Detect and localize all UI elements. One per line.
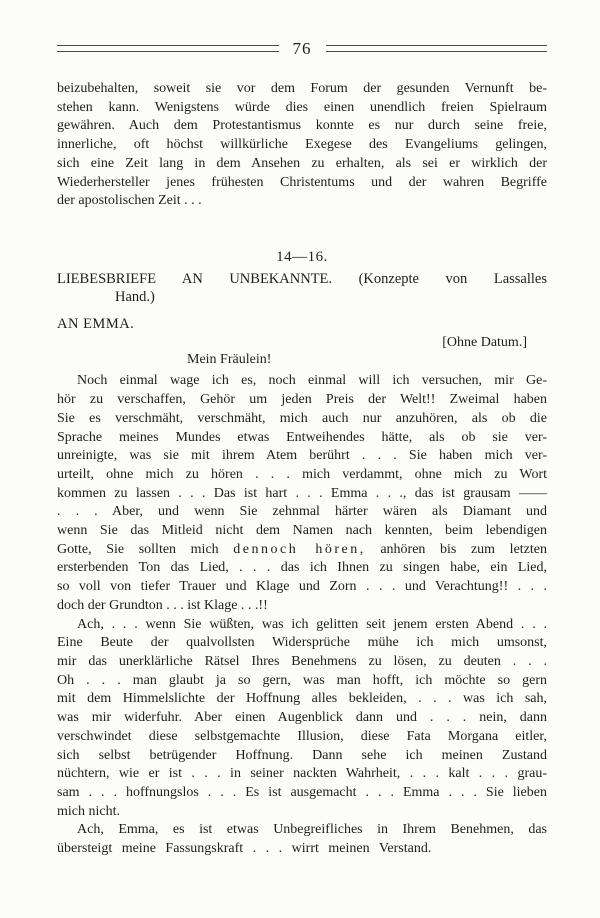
text-line: gewähren. Auch dem Protestantismus konnt… xyxy=(57,117,547,136)
text-line: mir das unerklärliche Rätsel Ihres Beneh… xyxy=(57,653,547,672)
header-rule-right xyxy=(326,45,548,52)
text-line: was mir widerfuhr. Aber einen Augenblick… xyxy=(57,709,547,728)
text-line: Sprache meines Mundes etwas Entweihendes… xyxy=(57,429,547,448)
text-block: 76 beizubehalten, soweit sie vor dem For… xyxy=(57,0,547,859)
text-line: doch der Grundton . . . ist Klage . . .!… xyxy=(57,597,547,616)
text-line: Oh . . . man glaubt ja so gern, was man … xyxy=(57,672,547,691)
text-line-emphasized: Gotte, Sie sollten mich dennoch hören, a… xyxy=(57,541,547,560)
text-line: mit dem Himmelslichte der Hoffnung alles… xyxy=(57,690,547,709)
letter-paragraph-1: Noch einmal wage ich es, noch einmal wil… xyxy=(57,372,547,615)
text-line: beizubehalten, soweit sie vor dem Forum … xyxy=(57,80,547,99)
section-number: 14—16. xyxy=(57,248,547,267)
text-line: unreinigte, was sie mit ihrem Atem berüh… xyxy=(57,447,547,466)
text-line: der apostolischen Zeit . . . xyxy=(57,192,547,211)
text-line: ersterbenden Ton das Lied, . . . das ich… xyxy=(57,559,547,578)
text-line: innerliche, oft höchst willkürliche Exeg… xyxy=(57,136,547,155)
text-line: Ach, . . . wenn Sie wüßten, was ich geli… xyxy=(57,616,547,635)
text-line: übersteigt meine Fassungskraft . . . wir… xyxy=(57,840,547,859)
text-line: hör zu verschaffen, Gehör um jeden Preis… xyxy=(57,391,547,410)
date-note: [Ohne Datum.] xyxy=(57,334,547,351)
text-line: Wiederhersteller jenes frühesten Christe… xyxy=(57,174,547,193)
salutation: Mein Fräulein! xyxy=(57,351,547,370)
header-rule-left xyxy=(57,45,279,52)
intro-paragraph: beizubehalten, soweit sie vor dem Forum … xyxy=(57,80,547,211)
running-head: 76 xyxy=(57,38,547,58)
text-line: . . . Aber, und wenn Sie zehnmal härter … xyxy=(57,503,547,522)
text-line: Noch einmal wage ich es, noch einmal wil… xyxy=(57,372,547,391)
text-line: sich eine Zeit lang in dem Ansehen zu er… xyxy=(57,155,547,174)
text-line: Ach, Emma, es ist etwas Unbegreifliches … xyxy=(57,821,547,840)
book-page: 76 beizubehalten, soweit sie vor dem For… xyxy=(0,0,600,918)
text-line: stehen kann. Wenigstens würde dies einen… xyxy=(57,99,547,118)
addressee-heading: AN EMMA. xyxy=(57,315,547,334)
text-line: sich selbst betrügender Hoffnung. Dann s… xyxy=(57,747,547,766)
text-line: mich nicht. xyxy=(57,803,547,822)
section-title-carry: Hand.) xyxy=(57,288,547,307)
letter-paragraph-3: Ach, Emma, es ist etwas Unbegreifliches … xyxy=(57,821,547,858)
text-line: nüchtern, wie er ist . . . in seiner nac… xyxy=(57,765,547,784)
section-title: LIEBESBRIEFE AN UNBEKANNTE. (Konzepte vo… xyxy=(57,270,547,289)
text-line: verschwindet diese selbstgemachte Illusi… xyxy=(57,728,547,747)
text-segment: anhören bis zum letzten xyxy=(366,542,547,557)
letter-paragraph-2: Ach, . . . wenn Sie wüßten, was ich geli… xyxy=(57,616,547,822)
text-line: wenn Sie das Mitleid nicht dem Namen nac… xyxy=(57,522,547,541)
letter-body: Noch einmal wage ich es, noch einmal wil… xyxy=(57,372,547,858)
emphasized-text: dennoch hören, xyxy=(233,542,365,557)
page-number: 76 xyxy=(293,39,312,59)
text-line: so voll von tiefer Trauer und Klage und … xyxy=(57,578,547,597)
text-line: urteilt, ohne mich zu hören . . . mich v… xyxy=(57,466,547,485)
text-segment: Gotte, Sie sollten mich xyxy=(57,542,233,557)
text-line: Sie es verschmäht, verschmäht, mich auch… xyxy=(57,410,547,429)
text-line: sam . . . hoffnungslos . . . Es ist ausg… xyxy=(57,784,547,803)
text-line: Eine Beute der qualvollsten Widersprüche… xyxy=(57,634,547,653)
text-line: kommen zu lassen . . . Das ist hart . . … xyxy=(57,485,547,504)
